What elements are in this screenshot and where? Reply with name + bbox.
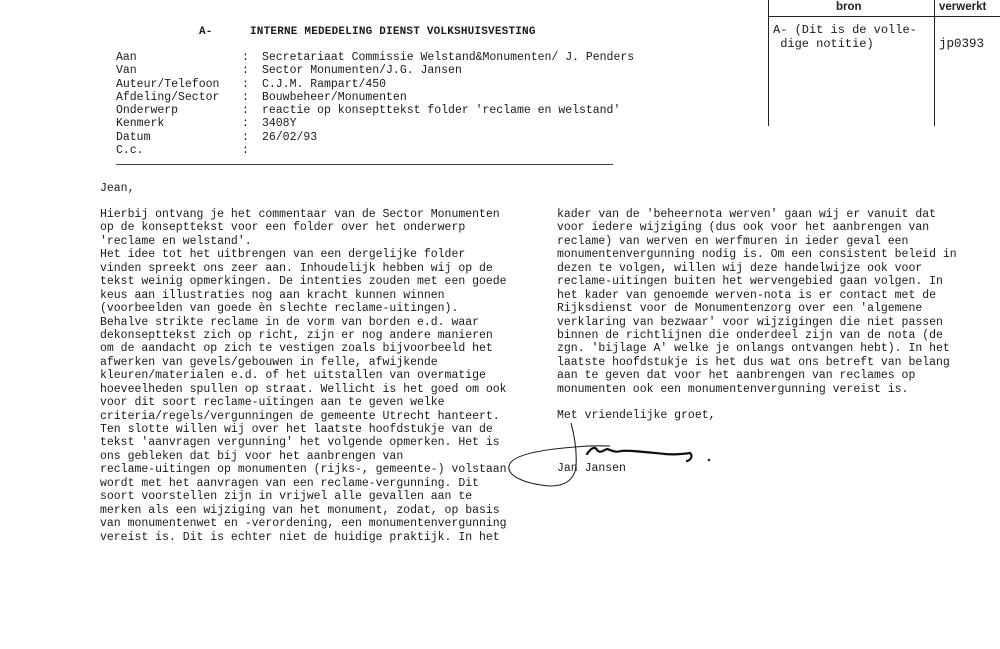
meta-value: 26/02/93	[262, 131, 317, 144]
body-line: Het idee tot het uitbrengen van een derg…	[100, 248, 507, 261]
body-line: monumenten ook een monumentenvergunning …	[557, 383, 957, 396]
meta-colon: :	[242, 91, 262, 104]
signature-icon	[505, 420, 725, 490]
meta-colon: :	[242, 117, 262, 130]
meta-value: Bouwbeheer/Monumenten	[262, 91, 407, 104]
body-line: vereist is. Dit is echter niet de huidig…	[100, 531, 507, 544]
body-line: zgn. 'bijlage A' welke je onlangs ontvan…	[557, 342, 957, 355]
stamp-bron-line: dige notitie)	[773, 37, 917, 51]
meta-label: C.c.	[116, 144, 242, 157]
stamp-bron-line: A- (Dit is de volle-	[773, 23, 917, 37]
meta-colon: :	[242, 104, 262, 117]
meta-label: Aan	[116, 51, 242, 64]
memo-title: A-INTERNE MEDEDELING DIENST VOLKSHUISVES…	[199, 26, 536, 38]
meta-row-cc: C.c.:	[116, 144, 634, 157]
meta-row-onderwerp: Onderwerp:reactie op konsepttekst folder…	[116, 104, 634, 117]
body-line: tekst weinig opmerkingen. De intenties z…	[100, 275, 507, 288]
signer-name: Jan Jansen	[557, 462, 626, 475]
memo-metadata: Aan:Secretariaat Commissie Welstand&Monu…	[116, 51, 634, 157]
body-line: laatste hoofdstukje is het dus wat ons b…	[557, 356, 957, 369]
body-line: voor dit soort reclame-uitingen aan te g…	[100, 396, 507, 409]
body-column-right: kader van de 'beheernota werven' gaan wi…	[557, 208, 957, 396]
stamp-header-divider	[768, 16, 1000, 17]
body-line: reclame-uitingen buiten het wervengebied…	[557, 275, 957, 288]
meta-row-auteur: Auteur/Telefoon:C.J.M. Rampart/450	[116, 78, 634, 91]
meta-row-datum: Datum:26/02/93	[116, 131, 634, 144]
meta-value: C.J.M. Rampart/450	[262, 78, 386, 91]
meta-colon: :	[242, 131, 262, 144]
body-line: verklaring van bezwaar' voor wijzigingen…	[557, 316, 957, 329]
body-line: om de aandacht op zich te vestigen zoals…	[100, 342, 507, 355]
body-line: keus aan illustraties nog aan kracht kun…	[100, 289, 507, 302]
meta-value: Secretariaat Commissie Welstand&Monument…	[262, 51, 634, 64]
meta-label: Onderwerp	[116, 104, 242, 117]
body-line: wordt met het aanvragen van een reclame-…	[100, 477, 507, 490]
meta-colon: :	[242, 78, 262, 91]
meta-label: Van	[116, 64, 242, 77]
body-line: aan te geven dat voor het aanbrengen van…	[557, 369, 957, 382]
body-line: op de konsepttekst voor een folder over …	[100, 221, 507, 234]
stamp-verwerkt-value: jp0393	[939, 37, 984, 51]
body-line: van monumentenwet en -verordening, een m…	[100, 517, 507, 530]
body-column-left: Hierbij ontvang je het commentaar van de…	[100, 208, 507, 544]
meta-label: Kenmerk	[116, 117, 242, 130]
meta-row-aan: Aan:Secretariaat Commissie Welstand&Monu…	[116, 51, 634, 64]
body-line: dekonsepttekst zich op richt, zijn er no…	[100, 329, 507, 342]
body-line: afwerken van gevels/gebouwen in felle, a…	[100, 356, 507, 369]
meta-colon: :	[242, 51, 262, 64]
body-line: vinden spreekt ons zeer aan. Inhoudelijk…	[100, 262, 507, 275]
body-line: het kader van genoemde werven-nota is er…	[557, 289, 957, 302]
body-line: dezen te volgen, willen wij deze handelw…	[557, 262, 957, 275]
body-line: soort voorstellen zijn in vrijwel alle g…	[100, 490, 507, 503]
stamp-left-border	[768, 0, 769, 126]
meta-value: 3408Y	[262, 117, 296, 130]
meta-colon: :	[242, 144, 262, 157]
archive-stamp-table: bron verwerkt A- (Dit is de volle- dige …	[768, 0, 1000, 126]
body-line: (voorbeelden van goede èn slechte reclam…	[100, 302, 507, 315]
body-line: kader van de 'beheernota werven' gaan wi…	[557, 208, 957, 221]
memo-title-text: INTERNE MEDEDELING DIENST VOLKSHUISVESTI…	[250, 26, 536, 38]
body-line: voor iedere wijziging (dus ook voor het …	[557, 221, 957, 234]
stamp-header-verwerkt: verwerkt	[939, 1, 986, 13]
body-line: reclame) van werven en werfmuren in iede…	[557, 235, 957, 248]
meta-value: Sector Monumenten/J.G. Jansen	[262, 64, 462, 77]
body-line: merken als een wijziging van het monumen…	[100, 504, 507, 517]
meta-label: Auteur/Telefoon	[116, 78, 242, 91]
meta-row-van: Van:Sector Monumenten/J.G. Jansen	[116, 64, 634, 77]
body-line: Hierbij ontvang je het commentaar van de…	[100, 208, 507, 221]
meta-label: Datum	[116, 131, 242, 144]
body-line: Rijksdienst voor de Monumentenzorg over …	[557, 302, 957, 315]
body-line: binnen de richtlijnen die onderdeel zijn…	[557, 329, 957, 342]
body-line: ons gebleken dat bij voor het aanbrengen…	[100, 450, 507, 463]
body-line: criteria/regels/vergunningen de gemeente…	[100, 410, 507, 423]
header-separator-line	[116, 164, 613, 165]
stamp-bron-value: A- (Dit is de volle- dige notitie)	[773, 23, 917, 51]
body-line: 'reclame en welstand'.	[100, 235, 507, 248]
body-line: hoeveelheden spullen op straat. Wellicht…	[100, 383, 507, 396]
body-line: Ten slotte willen wij over het laatste h…	[100, 423, 507, 436]
body-line: monumentenvergunning nodig is. Om een co…	[557, 248, 957, 261]
body-line: tekst 'aanvragen vergunning' het volgend…	[100, 436, 507, 449]
salutation: Jean,	[100, 182, 134, 195]
stamp-column-divider	[934, 0, 935, 126]
body-line: kleuren/materialen e.d. of het uitstalle…	[100, 369, 507, 382]
body-line: Behalve strikte reclame in de vorm van b…	[100, 316, 507, 329]
meta-row-kenmerk: Kenmerk:3408Y	[116, 117, 634, 130]
memo-title-prefix: A-	[199, 26, 250, 38]
meta-colon: :	[242, 64, 262, 77]
body-line: reclame-uitingen op monumenten (rijks-, …	[100, 463, 507, 476]
meta-row-afdeling: Afdeling/Sector:Bouwbeheer/Monumenten	[116, 91, 634, 104]
meta-value: reactie op konsepttekst folder 'reclame …	[262, 104, 620, 117]
meta-label: Afdeling/Sector	[116, 91, 242, 104]
stamp-header-bron: bron	[836, 1, 862, 13]
